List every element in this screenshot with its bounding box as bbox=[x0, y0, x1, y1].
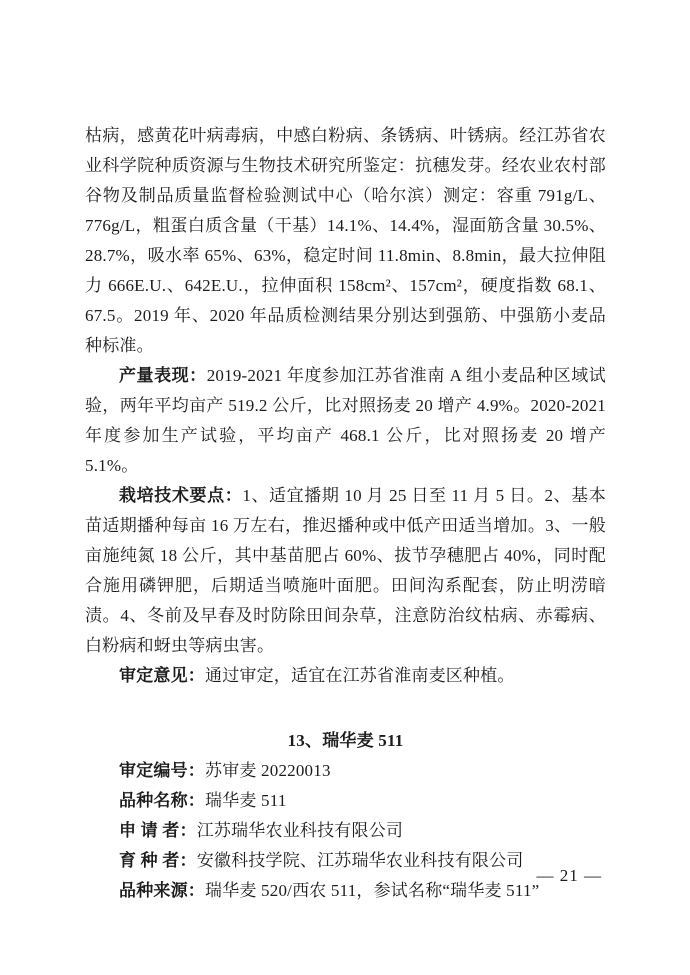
paragraph-text: 通过审定，适宜在江苏省淮南麦区种植。 bbox=[205, 666, 515, 685]
field-value: 瑞华麦 511 bbox=[205, 791, 287, 810]
document-page: 枯病，感黄花叶病毒病，中感白粉病、条锈病、叶锈病。经江苏省农业科学院种质资源与生… bbox=[0, 0, 690, 975]
paragraph-label: 栽培技术要点： bbox=[119, 486, 242, 505]
field-value: 安徽科技学院、江苏瑞华农业科技有限公司 bbox=[197, 851, 524, 870]
paragraph-label: 审定意见： bbox=[119, 666, 205, 685]
paragraph-cultivation-techniques: 栽培技术要点：1、适宜播期 10 月 25 日至 11 月 5 日。2、基本苗适… bbox=[85, 481, 606, 661]
paragraph-label: 产量表现： bbox=[119, 366, 207, 385]
paragraph-text: 1、适宜播期 10 月 25 日至 11 月 5 日。2、基本苗适期播种每亩 1… bbox=[85, 486, 606, 655]
field-value: 瑞华麦 520/西农 511，参试名称“瑞华麦 511” bbox=[205, 881, 539, 900]
field-value: 江苏瑞华农业科技有限公司 bbox=[197, 821, 403, 840]
field-label: 申 请 者： bbox=[119, 821, 197, 840]
field-row-variety-origin: 品种来源：瑞华麦 520/西农 511，参试名称“瑞华麦 511” bbox=[85, 876, 606, 906]
page-body-text: 枯病，感黄花叶病毒病，中感白粉病、条锈病、叶锈病。经江苏省农业科学院种质资源与生… bbox=[85, 121, 606, 906]
field-row-applicant: 申 请 者：江苏瑞华农业科技有限公司 bbox=[85, 816, 606, 846]
paragraph-approval-opinion: 审定意见：通过审定，适宜在江苏省淮南麦区种植。 bbox=[85, 661, 606, 691]
field-label: 审定编号： bbox=[119, 761, 205, 780]
paragraph-continuation-text: 枯病，感黄花叶病毒病，中感白粉病、条锈病、叶锈病。经江苏省农业科学院种质资源与生… bbox=[85, 126, 606, 355]
field-label: 育 种 者： bbox=[119, 851, 197, 870]
field-row-breeder: 育 种 者：安徽科技学院、江苏瑞华农业科技有限公司 bbox=[85, 846, 606, 876]
field-label: 品种来源： bbox=[119, 881, 205, 900]
field-value: 苏审麦 20220013 bbox=[205, 761, 331, 780]
field-row-approval-number: 审定编号：苏审麦 20220013 bbox=[85, 756, 606, 786]
paragraph-continuation: 枯病，感黄花叶病毒病，中感白粉病、条锈病、叶锈病。经江苏省农业科学院种质资源与生… bbox=[85, 121, 606, 361]
field-row-variety-name: 品种名称：瑞华麦 511 bbox=[85, 786, 606, 816]
page-number: — 21 — bbox=[537, 861, 603, 891]
section-heading-variety-13: 13、瑞华麦 511 bbox=[85, 726, 606, 756]
paragraph-yield-performance: 产量表现：2019-2021 年度参加江苏省淮南 A 组小麦品种区域试验，两年平… bbox=[85, 361, 606, 481]
field-label: 品种名称： bbox=[119, 791, 205, 810]
